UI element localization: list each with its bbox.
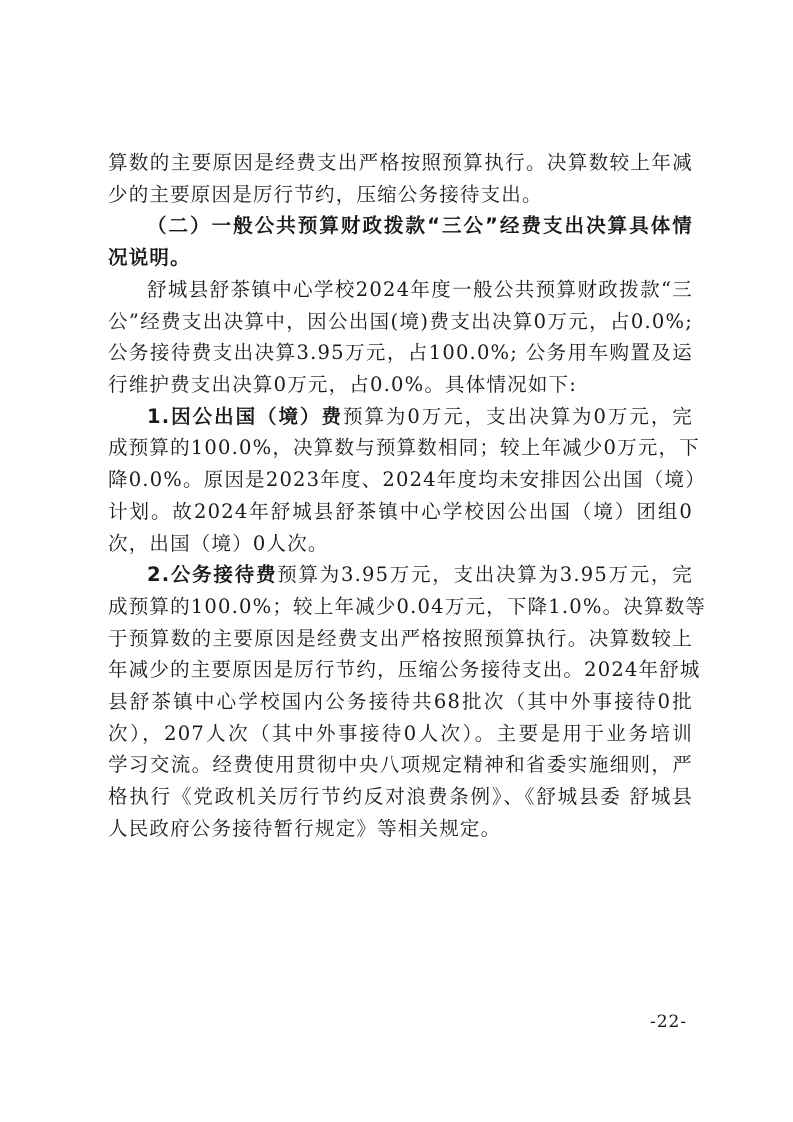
document-page: 算数的主要原因是经费支出严格按照预算执行。决算数较上年减少的主要原因是厉行节约，… — [0, 0, 793, 1122]
item1-first-line: 1.因公出国（境）费预算为0万元，支出决算为0万元，完 — [147, 402, 693, 432]
paragraph-line: 年减少的主要原因是厉行节约，压缩公务接待支出。2024年舒城 — [108, 655, 693, 685]
section-heading-line: 况说明。 — [108, 243, 693, 273]
paragraph-line: 县舒茶镇中心学校国内公务接待共68批次（其中外事接待0批 — [108, 687, 693, 717]
paragraph-line: 公”经费支出决算中，因公出国(境)费支出决算0万元，占0.0%; — [108, 307, 693, 337]
paragraph-line: 学习交流。经费使用贯彻中央八项规定精神和省委实施细则，严 — [108, 750, 693, 780]
paragraph-line: 次，出国（境）0人次。 — [108, 529, 693, 559]
paragraph-line: 行维护费支出决算0万元，占0.0%。具体情况如下: — [108, 370, 693, 400]
paragraph-line: 人民政府公务接待暂行规定》等相关规定。 — [108, 814, 693, 844]
paragraph-line: 少的主要原因是厉行节约，压缩公务接待支出。 — [108, 180, 693, 210]
paragraph-line: 成预算的100.0%；较上年减少0.04万元，下降1.0%。决算数等 — [108, 592, 693, 622]
paragraph-line: 公务接待费支出决算3.95万元，占100.0%; 公务用车购置及运 — [108, 338, 693, 368]
paragraph-line: 降0.0%。原因是2023年度、2024年度均未安排因公出国（境） — [108, 465, 693, 495]
item1-label: 1.因公出国（境）费 — [147, 405, 343, 428]
paragraph-line: 舒城县舒茶镇中心学校2024年度一般公共预算财政拨款“三 — [147, 275, 693, 305]
paragraph-line: 次），207人次（其中外事接待0人次）。主要是用于业务培训 — [108, 719, 693, 749]
item2-label: 2.公务接待费 — [147, 563, 277, 586]
section-heading-line: （二）一般公共预算财政拨款“三公”经费支出决算具体情 — [147, 211, 693, 241]
paragraph-line: 算数的主要原因是经费支出严格按照预算执行。决算数较上年减 — [108, 148, 693, 178]
item2-lead-text: 预算为3.95万元，支出决算为3.95万元，完 — [277, 563, 693, 586]
paragraph-line: 计划。故2024年舒城县舒茶镇中心学校因公出国（境）团组0 — [108, 497, 693, 527]
page-number: -22- — [650, 1012, 687, 1032]
item1-lead-text: 预算为0万元，支出决算为0万元，完 — [343, 405, 693, 428]
paragraph-line: 于预算数的主要原因是经费支出严格按照预算执行。决算数较上 — [108, 624, 693, 654]
paragraph-line: 格执行《党政机关厉行节约反对浪费条例》、《舒城县委 舒城县 — [108, 782, 693, 812]
item2-first-line: 2.公务接待费预算为3.95万元，支出决算为3.95万元，完 — [147, 560, 693, 590]
paragraph-line: 成预算的100.0%，决算数与预算数相同；较上年减少0万元，下 — [108, 433, 693, 463]
